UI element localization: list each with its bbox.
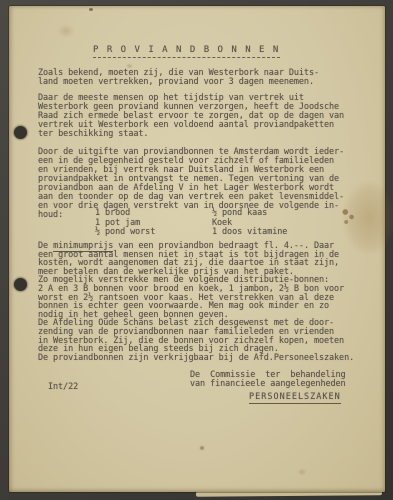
paragraph-intro: Zoals bekend, moeten zij, die van Wester…	[38, 69, 319, 87]
department-name: PERSONEELSZAKEN	[249, 393, 341, 404]
reference-number: Int/22	[48, 383, 78, 392]
punch-hole-bottom	[14, 278, 27, 291]
ration-item: ½ pond worst	[95, 228, 212, 238]
paragraph-rest: van een proviandbon bedraagt fl. 4.--. D…	[38, 241, 354, 363]
speck-bottom-right	[297, 468, 307, 476]
punch-hole-top	[14, 126, 27, 139]
speck-bottom-center	[200, 446, 204, 450]
ration-item: 1 doos vitamine	[212, 228, 287, 238]
paragraph-prijs-en-bonnen: De minimumprijs van een proviandbon bedr…	[38, 242, 354, 362]
speck-top-edge	[89, 8, 93, 11]
signature-block: De Commissie ter behandeling van financi…	[190, 371, 346, 389]
document-page: P R O V I A N D B O N N E N Zoals bekend…	[9, 6, 385, 492]
document-title: P R O V I A N D B O N N E N	[93, 46, 280, 58]
scan-background: P R O V I A N D B O N N E N Zoals bekend…	[0, 0, 393, 500]
paragraph-joodsche-raad: Daar de meeste mensen op het tijdstip va…	[38, 94, 344, 139]
ration-list: 1 brood ½ pond kaas 1 pot jam Koek ½ pon…	[95, 209, 287, 238]
stain-top-left	[57, 24, 75, 38]
